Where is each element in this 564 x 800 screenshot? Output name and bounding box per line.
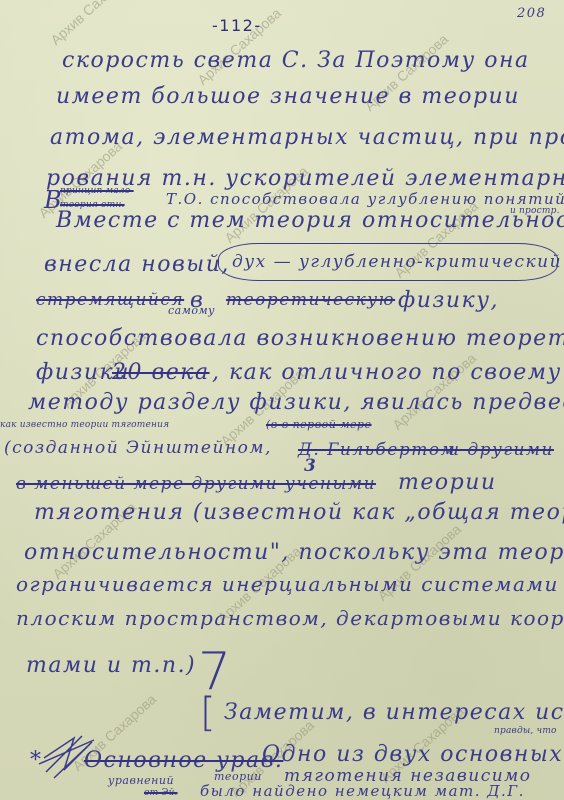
archive-number: 208 <box>517 6 546 21</box>
insert-above: самому <box>168 304 215 317</box>
struck-text: (в в первой мере <box>266 418 372 431</box>
page-number: -112- <box>212 16 262 35</box>
text-line: Т.О. способствовала углублению понятий в… <box>166 190 564 208</box>
manuscript-page: Архив Сахарова Архив Сахарова Архив Саха… <box>0 0 564 800</box>
text-line: Вместе с тем теория относительности <box>56 208 564 233</box>
text-line: атома, элементарных частиц, при проекти- <box>50 125 564 150</box>
circled-phrase: дух — углубленно-критический <box>232 252 562 272</box>
watermark: Архив Сахарова <box>47 0 137 48</box>
text-line: методу разделу физики, явилась предвестн… <box>28 390 564 415</box>
opening-bracket-mark: [ <box>200 690 216 736</box>
text-fragment: физику, <box>398 288 499 313</box>
edit-mark: 3 <box>304 456 317 476</box>
struck-text: от Эй. <box>144 788 178 798</box>
text-fragment: , как отличного по своему <box>212 360 562 385</box>
struck-text: принцип мало- <box>60 186 134 196</box>
text-line: ограничивается инерциальными системами о… <box>16 572 564 596</box>
text-line: тами и т.п.) <box>26 653 196 678</box>
text-fragment: теории <box>398 470 497 495</box>
text-line: Заметим, в интересах истории <box>224 700 564 725</box>
struck-text: 20 века <box>112 360 210 385</box>
text-line: было найдено немецким мат. Д.Г. <box>200 782 525 800</box>
text-line: имеет большое значение в теории <box>56 84 520 109</box>
superscript-insert: правды, что <box>494 726 557 736</box>
insert-below: уравнений <box>108 774 174 787</box>
text-line: внесла новый, <box>44 252 230 277</box>
text-line: плоским пространством, декартовыми коорд… <box>16 606 564 630</box>
text-line: способствовала возникновению теоретическ… <box>36 326 564 351</box>
text-line: Одно из двух основных <box>262 742 563 767</box>
struck-text: стремящийся <box>36 290 184 310</box>
struck-text: в меньшей мере другими учеными <box>16 474 376 494</box>
struck-text: Д. Гильбертом <box>298 440 456 460</box>
text-line: тяготения (известной как „общая теория <box>34 500 564 525</box>
text-line: (созданной Эйнштейном, <box>4 438 272 458</box>
struck-text: теоретическую <box>226 290 395 310</box>
margin-insert: как известно теории тяготения <box>0 420 169 430</box>
text-line: относительности", поскольку эта теория н… <box>24 540 564 565</box>
text-line: скорость света С. За Поэтому она <box>62 48 530 73</box>
struck-text: и другими <box>448 440 554 460</box>
